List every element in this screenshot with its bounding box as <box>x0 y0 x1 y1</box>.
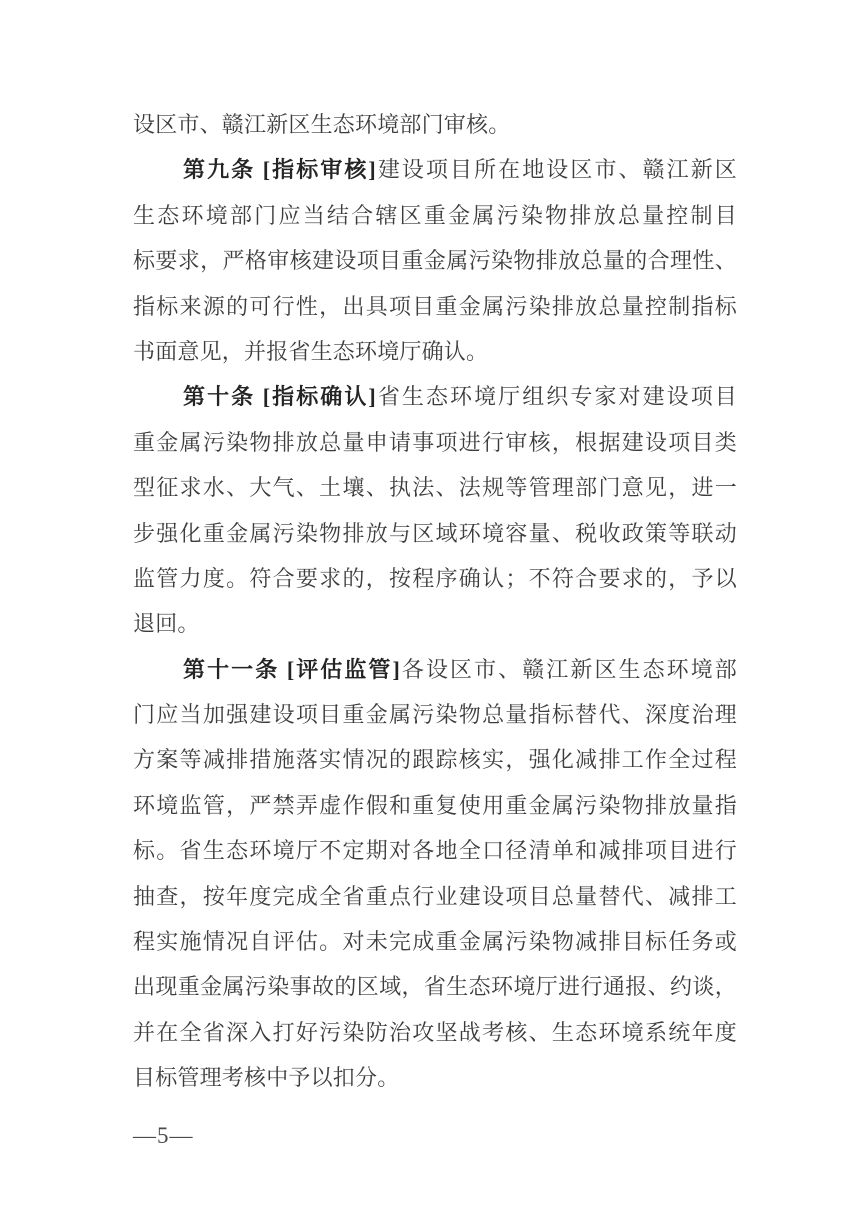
text-line: 并在全省深入打好污染防治攻坚战考核、生态环境系统年度 <box>133 1010 737 1055</box>
text-line: 程实施情况自评估。对未完成重金属污染物减排目标任务或 <box>133 919 737 964</box>
text-line: 出现重金属污染事故的区域，省生态环境厅进行通报、约谈， <box>133 964 737 1009</box>
article-heading-line: 第十一条 [评估监管]各设区市、赣江新区生态环境部 <box>133 647 737 692</box>
text-line: 生态环境部门应当结合辖区重金属污染物排放总量控制目 <box>133 193 737 238</box>
text-line: 设区市、赣江新区生态环境部门审核。 <box>133 102 737 147</box>
text-line: 指标来源的可行性，出具项目重金属污染排放总量控制指标 <box>133 284 737 329</box>
text-line: 环境监管，严禁弄虚作假和重复使用重金属污染物排放量指 <box>133 783 737 828</box>
article-heading: 第九条 [指标审核] <box>183 157 376 182</box>
article-heading: 第十一条 [评估监管] <box>183 657 400 682</box>
article-heading-line: 第九条 [指标审核]建设项目所在地设区市、赣江新区 <box>133 147 737 192</box>
text-line: 监管力度。符合要求的，按程序确认；不符合要求的，予以 <box>133 556 737 601</box>
text-block: 设区市、赣江新区生态环境部门审核。第九条 [指标审核]建设项目所在地设区市、赣江… <box>133 102 737 1101</box>
page-number: —5— <box>133 1121 194 1151</box>
text-line: 步强化重金属污染物排放与区域环境容量、税收政策等联动 <box>133 511 737 556</box>
text-line: 门应当加强建设项目重金属污染物总量指标替代、深度治理 <box>133 692 737 737</box>
article-heading-line: 第十条 [指标确认]省生态环境厅组织专家对建设项目 <box>133 374 737 419</box>
text-line: 型征求水、大气、土壤、执法、法规等管理部门意见，进一 <box>133 465 737 510</box>
paragraph-continuation: 设区市、赣江新区生态环境部门审核。 <box>133 102 737 147</box>
text-line: 退回。 <box>133 601 737 646</box>
document-page: 设区市、赣江新区生态环境部门审核。第九条 [指标审核]建设项目所在地设区市、赣江… <box>0 0 868 1227</box>
text-line: 重金属污染物排放总量申请事项进行审核，根据建设项目类 <box>133 420 737 465</box>
text-line: 抽查，按年度完成全省重点行业建设项目总量替代、减排工 <box>133 874 737 919</box>
paragraph-article-11: 第十一条 [评估监管]各设区市、赣江新区生态环境部门应当加强建设项目重金属污染物… <box>133 647 737 1101</box>
text-line: 书面意见，并报省生态环境厅确认。 <box>133 329 737 374</box>
paragraph-article-10: 第十条 [指标确认]省生态环境厅组织专家对建设项目重金属污染物排放总量申请事项进… <box>133 374 737 646</box>
paragraph-article-9: 第九条 [指标审核]建设项目所在地设区市、赣江新区生态环境部门应当结合辖区重金属… <box>133 147 737 374</box>
text-line: 方案等减排措施落实情况的跟踪核实，强化减排工作全过程 <box>133 737 737 782</box>
text-line: 目标管理考核中予以扣分。 <box>133 1055 737 1100</box>
text-line: 标要求，严格审核建设项目重金属污染物排放总量的合理性、 <box>133 238 737 283</box>
article-heading: 第十条 [指标确认] <box>183 384 376 409</box>
text-line: 标。省生态环境厅不定期对各地全口径清单和减排项目进行 <box>133 828 737 873</box>
